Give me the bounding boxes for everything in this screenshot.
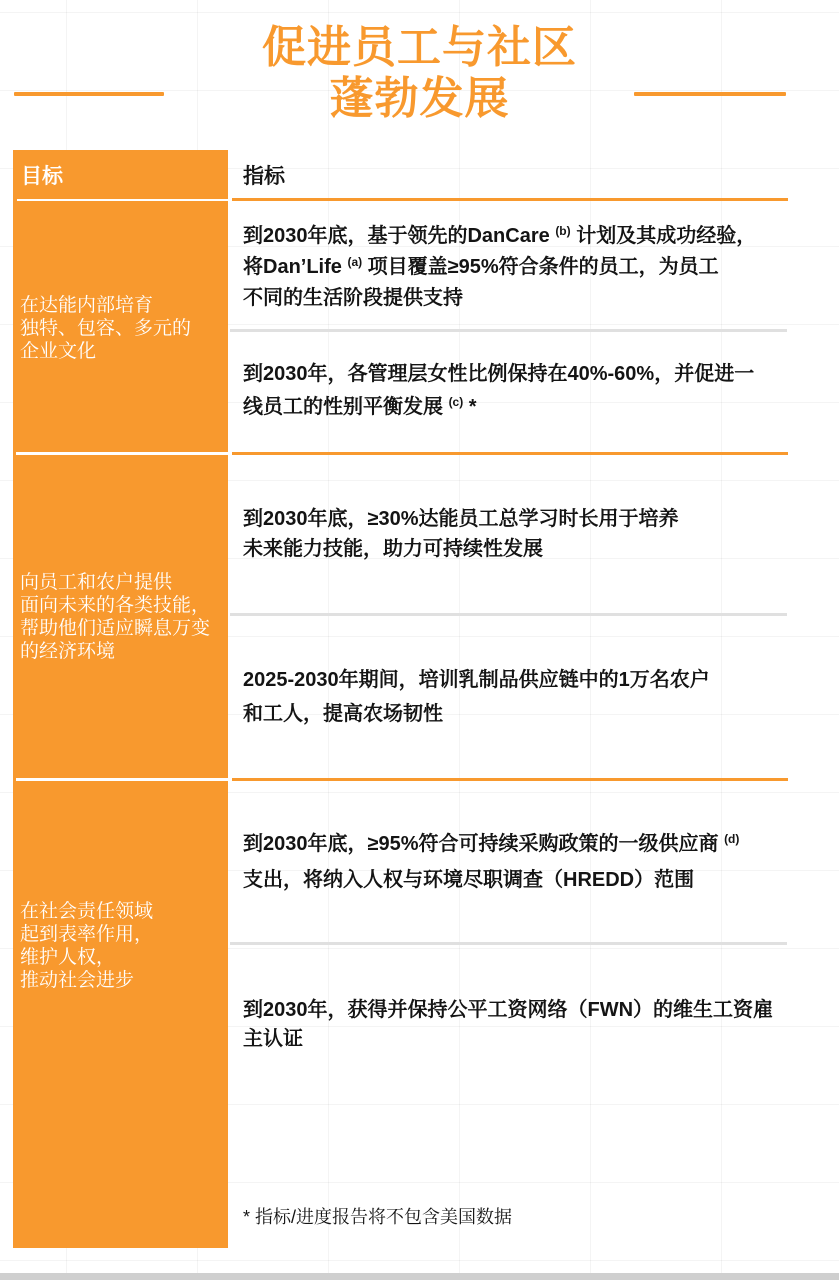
indicator-text-segment: 计划及其成功经验， <box>571 225 757 247</box>
indicator-text-segment: 支出，将纳入人权与环境尽职调查（HREDD）范围 <box>243 869 694 891</box>
indicator-text-segment: 未来能力技能，助力可持续性发展 <box>243 538 543 560</box>
title-left-rule <box>14 92 164 96</box>
indicator-text-segment: 和工人，提高农场韧性 <box>243 703 443 725</box>
indicator-text-segment: 到2030年底，基于领先的DanCare <box>243 225 555 247</box>
goal-line: 的经济环境 <box>20 640 225 663</box>
goal-line: 面向未来的各类技能， <box>20 594 225 617</box>
header-divider-indicator <box>232 198 788 201</box>
indicator-line: 到2030年底，基于领先的DanCare (b) 计划及其成功经验， <box>243 222 798 253</box>
goal-line: 起到表率作用， <box>20 923 225 946</box>
page-title: 促进员工与社区 蓬勃发展 <box>0 22 839 124</box>
goal-line: 在社会责任领域 <box>20 900 225 923</box>
indicator-cell-1-2: 到2030年，各管理层女性比例保持在40%-60%，并促进一线员工的性别平衡发展… <box>243 332 798 452</box>
goal-text-3: 在社会责任领域起到表率作用，维护人权，推动社会进步 <box>20 781 225 1110</box>
goal-line: 帮助他们适应瞬息万变 <box>20 617 225 640</box>
indicator-cell-2-2: 2025-2030年期间，培训乳制品供应链中的1万名农户和工人，提高农场韧性 <box>243 616 798 778</box>
indicator-column-header: 指标 <box>243 150 543 200</box>
goal-line: 维护人权， <box>20 946 225 969</box>
goal-text-1: 在达能内部培育独特、包容、多元的企业文化 <box>20 205 225 452</box>
indicator-text-segment: 2025-2030年期间，培训乳制品供应链中的1万名农户 <box>243 669 710 691</box>
indicator-line: 到2030年，获得并保持公平工资网络（FWN）的维生工资雇 <box>243 996 798 1025</box>
indicator-text-segment: 到2030年底，≥95%符合可持续采购政策的一级供应商 <box>243 833 724 855</box>
goal-line: 向员工和农户提供 <box>20 571 225 594</box>
indicator-text-segment: 项目覆盖≥95%符合条件的员工，为员工 <box>362 256 719 278</box>
indicator-text-segment: 到2030年，各管理层女性比例保持在40%-60%，并促进一 <box>243 363 754 385</box>
footnote-marker: (d) <box>724 832 739 846</box>
page-title-line1: 促进员工与社区 <box>0 22 839 73</box>
indicator-line: 线员工的性别平衡发展 (c) * <box>243 391 798 426</box>
header-divider-goal <box>17 199 228 201</box>
page-title-line2: 蓬勃发展 <box>0 73 839 124</box>
title-right-rule <box>634 92 786 96</box>
indicator-text-segment: 到2030年底，≥30%达能员工总学习时长用于培养 <box>243 508 679 530</box>
indicator-line: 主认证 <box>243 1025 798 1054</box>
indicator-cell-3-2: 到2030年，获得并保持公平工资网络（FWN）的维生工资雇主认证 <box>243 945 798 1105</box>
indicator-text-segment: 主认证 <box>243 1028 303 1050</box>
indicator-text-segment: 线员工的性别平衡发展 <box>243 396 449 418</box>
indicator-text-segment: 不同的生活阶段提供支持 <box>243 287 463 309</box>
indicator-line: 和工人，提高农场韧性 <box>243 697 798 731</box>
goal-text-2: 向员工和农户提供面向未来的各类技能，帮助他们适应瞬息万变的经济环境 <box>20 455 225 778</box>
indicator-text-segment: * <box>463 396 476 418</box>
bottom-bar <box>0 1273 839 1280</box>
indicator-cell-2-1: 到2030年底，≥30%达能员工总学习时长用于培养未来能力技能，助力可持续性发展 <box>243 455 798 613</box>
indicator-line: 2025-2030年期间，培训乳制品供应链中的1万名农户 <box>243 663 798 697</box>
goal-line: 在达能内部培育 <box>20 294 225 317</box>
indicator-line: 不同的生活阶段提供支持 <box>243 284 798 313</box>
indicator-cell-3-1: 到2030年底，≥95%符合可持续采购政策的一级供应商 (d)支出，将纳入人权与… <box>243 781 798 942</box>
footnote-marker: (c) <box>449 395 464 409</box>
goal-line: 企业文化 <box>20 340 225 363</box>
footnote: * 指标/进度报告将不包含美国数据 <box>243 1204 803 1230</box>
indicator-line: 到2030年，各管理层女性比例保持在40%-60%，并促进一 <box>243 358 798 391</box>
goal-line: 独特、包容、多元的 <box>20 317 225 340</box>
indicator-line: 到2030年底，≥95%符合可持续采购政策的一级供应商 (d) <box>243 827 798 863</box>
goal-line: 推动社会进步 <box>20 969 225 992</box>
indicator-text-segment: 到2030年，获得并保持公平工资网络（FWN）的维生工资雇 <box>243 999 773 1021</box>
indicator-line: 将Dan’Life (a) 项目覆盖≥95%符合条件的员工，为员工 <box>243 253 798 284</box>
indicator-cell-1-1: 到2030年底，基于领先的DanCare (b) 计划及其成功经验，将Dan’L… <box>243 205 798 329</box>
footnote-marker: (a) <box>347 255 362 269</box>
indicator-text-segment: 将Dan’Life <box>243 256 347 278</box>
indicator-line: 到2030年底，≥30%达能员工总学习时长用于培养 <box>243 504 798 534</box>
indicator-line: 支出，将纳入人权与环境尽职调查（HREDD）范围 <box>243 863 798 897</box>
goal-column-header: 目标 <box>21 150 221 200</box>
page: 促进员工与社区 蓬勃发展 目标 指标 在达能内部培育独特、包容、多元的企业文化 … <box>0 0 839 1280</box>
footnote-marker: (b) <box>555 224 570 238</box>
indicator-line: 未来能力技能，助力可持续性发展 <box>243 534 798 564</box>
